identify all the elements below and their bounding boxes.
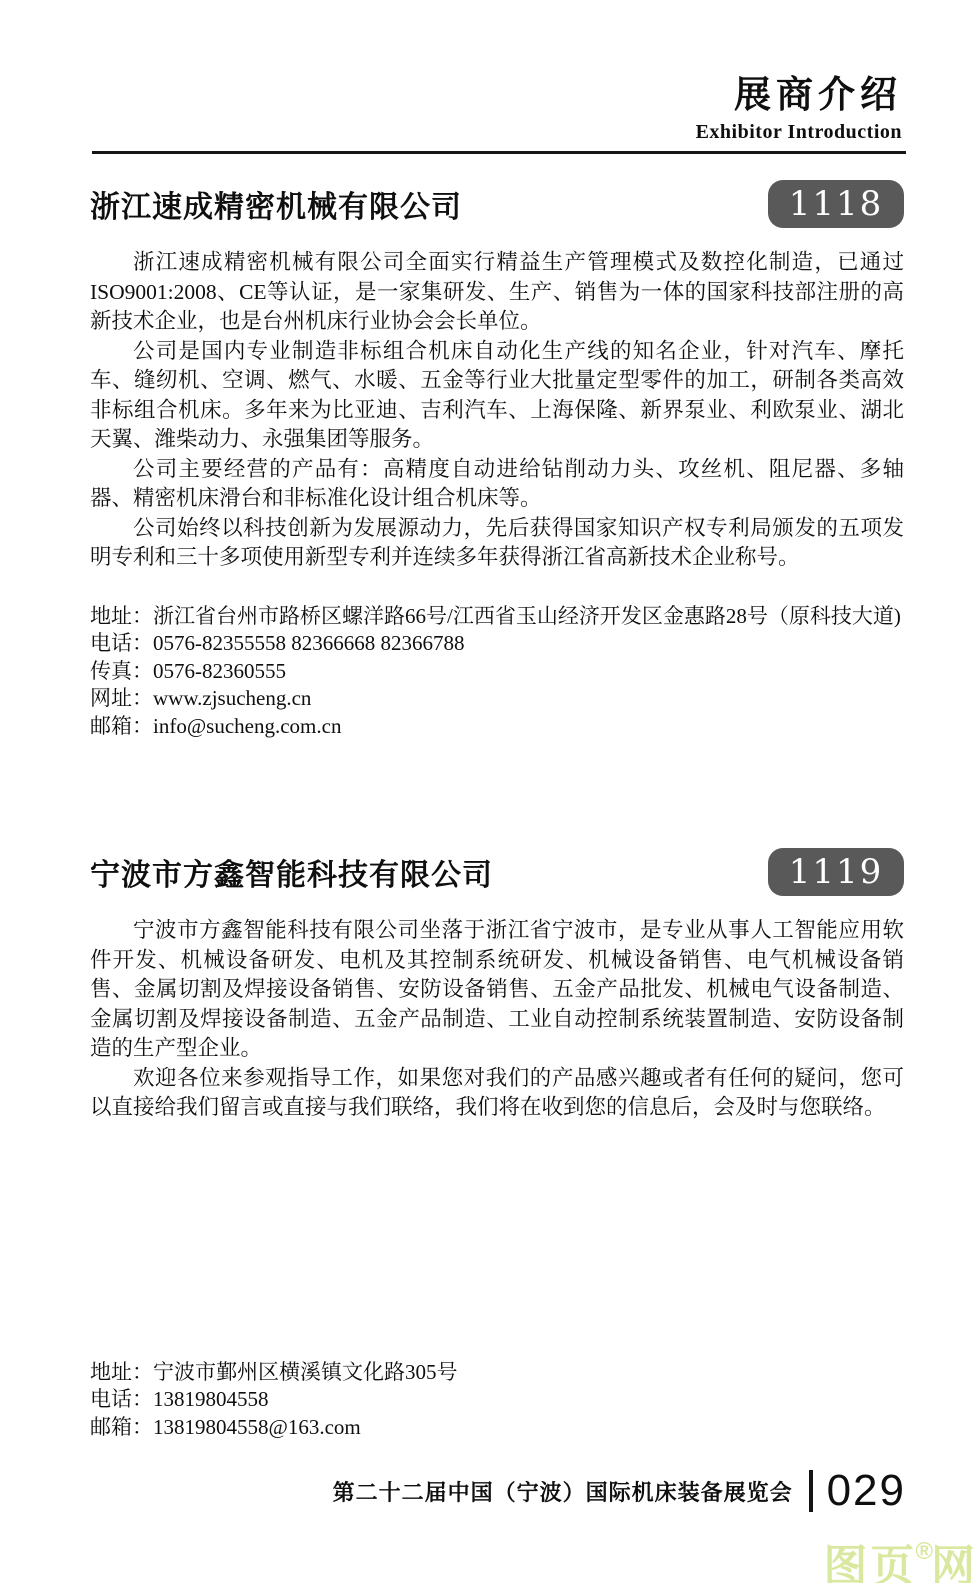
email-label: 邮箱： (90, 1415, 153, 1439)
company-description: 浙江速成精密机械有限公司全面实行精益生产管理模式及数控化制造，已通过ISO900… (90, 248, 904, 573)
paragraph: 公司主要经营的产品有：高精度自动进给钻削动力头、攻丝机、阻尼器、多轴器、精密机床… (90, 455, 904, 514)
fax-line: 传真：0576-82360555 (90, 658, 904, 686)
email-line: 邮箱：info@sucheng.com.cn (90, 713, 904, 741)
page-subtitle: Exhibitor Introduction (696, 121, 902, 144)
phone-value: 0576-82355558 82366668 82366788 (153, 631, 465, 655)
paragraph: 公司是国内专业制造非标组合机床自动化生产线的知名企业，针对汽车、摩托车、缝纫机、… (90, 337, 904, 455)
phone-line: 电话：13819804558 (90, 1386, 904, 1414)
exhibitor-section-2: 宁波市方鑫智能科技有限公司 1119 宁波市方鑫智能科技有限公司坐落于浙江省宁波… (90, 848, 904, 1441)
exhibitor-2-heading-row: 宁波市方鑫智能科技有限公司 1119 (90, 848, 904, 896)
email-value: 13819804558@163.com (153, 1415, 361, 1439)
website-label: 网址： (90, 686, 153, 710)
footer-divider (809, 1470, 813, 1512)
page-number: 029 (827, 1466, 906, 1516)
email-value: info@sucheng.com.cn (153, 714, 341, 738)
tuyewang-watermark-logo: 图页®网 (823, 1545, 978, 1583)
page-header: 展商介绍 Exhibitor Introduction (696, 64, 902, 144)
company-name: 宁波市方鑫智能科技有限公司 (90, 850, 493, 894)
website-line: 网址：www.zjsucheng.cn (90, 685, 904, 713)
watermark-text-right: 网 (931, 1542, 978, 1583)
event-title: 第二十二届中国（宁波）国际机床装备展览会 (333, 1476, 793, 1507)
header-rule (92, 151, 906, 154)
booth-number-badge: 1119 (768, 848, 904, 896)
address-label: 地址： (90, 604, 153, 628)
watermark-text-left: 图页 (823, 1542, 917, 1583)
contact-info: 地址：浙江省台州市路桥区螺洋路66号/江西省玉山经济开发区金惠路28号（原科技大… (90, 603, 904, 741)
exhibitor-section-1: 浙江速成精密机械有限公司 1118 浙江速成精密机械有限公司全面实行精益生产管理… (90, 180, 904, 740)
company-name: 浙江速成精密机械有限公司 (90, 182, 462, 226)
address-line: 地址：浙江省台州市路桥区螺洋路66号/江西省玉山经济开发区金惠路28号（原科技大… (90, 603, 904, 631)
page-footer: 第二十二届中国（宁波）国际机床装备展览会 029 (333, 1466, 906, 1516)
address-label: 地址： (90, 1360, 153, 1384)
paragraph: 公司始终以科技创新为发展源动力，先后获得国家知识产权专利局颁发的五项发明专利和三… (90, 514, 904, 573)
address-value: 宁波市鄞州区横溪镇文化路305号 (153, 1360, 458, 1384)
paragraph: 浙江速成精密机械有限公司全面实行精益生产管理模式及数控化制造，已通过ISO900… (90, 248, 904, 337)
page-title: 展商介绍 (696, 64, 902, 118)
catalog-page: 展商介绍 Exhibitor Introduction 浙江速成精密机械有限公司… (0, 0, 980, 1583)
website-value: www.zjsucheng.cn (153, 686, 311, 710)
email-line: 邮箱：13819804558@163.com (90, 1414, 904, 1442)
phone-line: 电话：0576-82355558 82366668 82366788 (90, 630, 904, 658)
fax-value: 0576-82360555 (153, 659, 286, 683)
address-value: 浙江省台州市路桥区螺洋路66号/江西省玉山经济开发区金惠路28号（原科技大道) (153, 604, 901, 628)
email-label: 邮箱： (90, 714, 153, 738)
phone-label: 电话： (90, 1387, 153, 1411)
exhibitor-1-heading-row: 浙江速成精密机械有限公司 1118 (90, 180, 904, 228)
company-description: 宁波市方鑫智能科技有限公司坐落于浙江省宁波市，是专业从事人工智能应用软件开发、机… (90, 916, 904, 1123)
phone-value: 13819804558 (153, 1387, 269, 1411)
fax-label: 传真： (90, 659, 153, 683)
paragraph: 欢迎各位来参观指导工作，如果您对我们的产品感兴趣或者有任何的疑问，您可以直接给我… (90, 1064, 904, 1123)
address-line: 地址：宁波市鄞州区横溪镇文化路305号 (90, 1359, 904, 1387)
booth-number-badge: 1118 (768, 180, 904, 228)
phone-label: 电话： (90, 631, 153, 655)
contact-info: 地址：宁波市鄞州区横溪镇文化路305号 电话：13819804558 邮箱：13… (90, 1359, 904, 1442)
registered-trademark-icon: ® (915, 1538, 933, 1565)
paragraph: 宁波市方鑫智能科技有限公司坐落于浙江省宁波市，是专业从事人工智能应用软件开发、机… (90, 916, 904, 1064)
